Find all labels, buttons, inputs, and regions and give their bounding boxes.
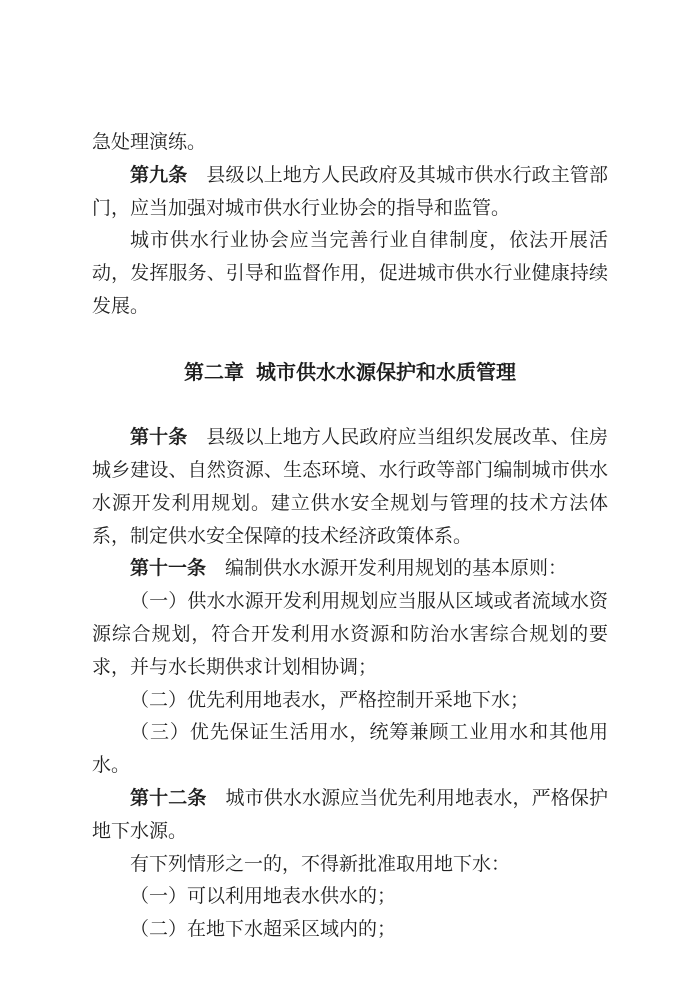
document-page: 急处理演练。 第九条县级以上地方人民政府及其城市供水行政主管部门，应当加强对城市…: [0, 0, 700, 989]
article-10-paragraph: 第十条县级以上地方人民政府应当组织发展改革、住房城乡建设、自然资源、生态环境、水…: [92, 422, 608, 553]
body-paragraph: 有下列情形之一的，不得新批准取用地下水：: [92, 849, 608, 882]
paragraph-text: （二）优先利用地表水，严格控制开采地下水；: [130, 690, 529, 711]
paragraph-text: （一）供水水源开发利用规划应当服从区域或者流域水资源综合规划，符合开发利用水资源…: [92, 591, 608, 678]
article-12-number-label: 第十二条: [130, 788, 207, 809]
article-10-number-label: 第十条: [130, 427, 187, 448]
paragraph-text: （二）在地下水超采区域内的；: [130, 919, 396, 940]
list-item-1-paragraph: （一）供水水源开发利用规划应当服从区域或者流域水资源综合规划，符合开发利用水资源…: [92, 586, 608, 684]
chapter-title: 城市供水水源保护和水质管理: [256, 362, 516, 384]
chapter-number-label: 第二章: [184, 362, 244, 384]
list-item-2-paragraph: （二）优先利用地表水，严格控制开采地下水；: [92, 685, 608, 718]
article-12-paragraph: 第十二条城市供水水源应当优先利用地表水，严格保护地下水源。: [92, 783, 608, 849]
document-text-block: 急处理演练。 第九条县级以上地方人民政府及其城市供水行政主管部门，应当加强对城市…: [92, 127, 608, 947]
article-11-number-label: 第十一条: [130, 558, 206, 579]
paragraph-text: 有下列情形之一的，不得新批准取用地下水：: [130, 854, 510, 875]
article-11-paragraph: 第十一条编制供水水源开发利用规划的基本原则：: [92, 553, 608, 586]
article-9-number-label: 第九条: [130, 165, 187, 186]
list-item-3-paragraph: （三）优先保证生活用水，统筹兼顾工业用水和其他用水。: [92, 717, 608, 783]
list-item-1-paragraph: （一）可以利用地表水供水的；: [92, 881, 608, 914]
chapter-2-heading: 第二章城市供水水源保护和水质管理: [92, 357, 608, 390]
body-paragraph: 城市供水行业协会应当完善行业自律制度，依法开展活动，发挥服务、引导和监督作用，促…: [92, 225, 608, 323]
paragraph-text: （三）优先保证生活用水，统筹兼顾工业用水和其他用水。: [92, 722, 608, 776]
paragraph-text: 急处理演练。: [92, 132, 206, 153]
list-item-2-paragraph: （二）在地下水超采区域内的；: [92, 914, 608, 947]
article-9-paragraph: 第九条县级以上地方人民政府及其城市供水行政主管部门，应当加强对城市供水行业协会的…: [92, 160, 608, 226]
paragraph-text: 编制供水水源开发利用规划的基本原则：: [225, 558, 567, 579]
continuation-paragraph: 急处理演练。: [92, 127, 608, 160]
paragraph-text: 城市供水行业协会应当完善行业自律制度，依法开展活动，发挥服务、引导和监督作用，促…: [92, 230, 608, 317]
paragraph-text: （一）可以利用地表水供水的；: [130, 886, 396, 907]
